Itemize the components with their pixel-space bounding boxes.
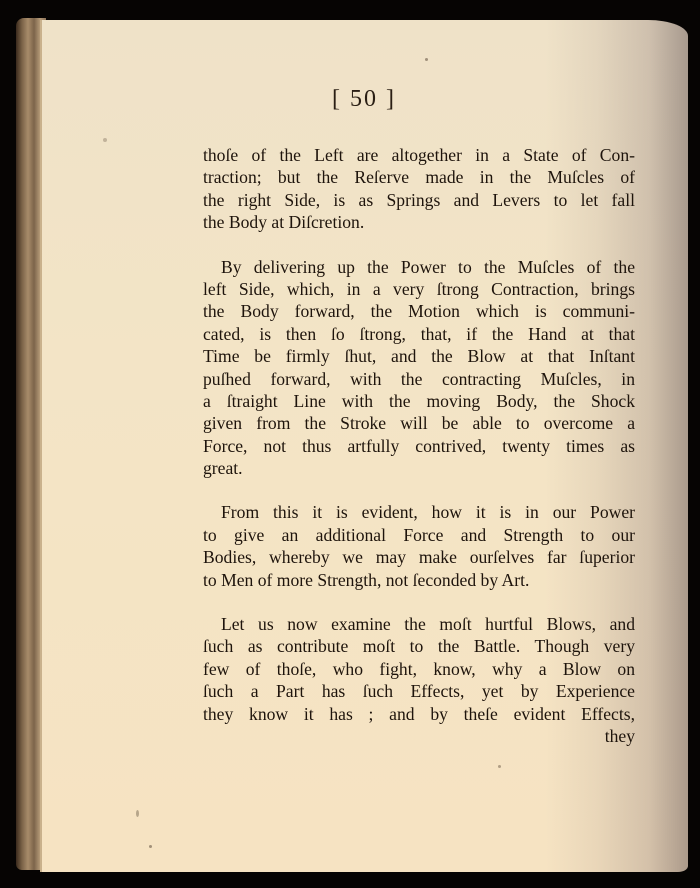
text-line: given from the Stroke will be able to ov… — [203, 412, 635, 434]
text-line: the right Side, is as Springs and Levers… — [203, 189, 635, 211]
text-line: Let us now examine the moſt hurtful Blow… — [203, 613, 635, 635]
paper-speck — [103, 138, 107, 142]
paper-speck — [498, 765, 501, 768]
text-line: the Body at Diſcretion. — [203, 211, 635, 233]
scanned-book-page: [ 50 ] thoſe of the Left are altogether … — [0, 0, 700, 888]
text-line: the Body forward, the Motion which is co… — [203, 300, 635, 322]
text-line: to Men of more Strength, not ſeconded by… — [203, 569, 635, 591]
paper-speck — [425, 58, 428, 61]
text-line: ſuch a Part has ſuch Effects, yet by Exp… — [203, 680, 635, 702]
text-line: Force, not thus artfully contrived, twen… — [203, 435, 635, 457]
text-line: few of thoſe, who fight, know, why a Blo… — [203, 658, 635, 680]
text-line: traction; but the Reſerve made in the Mu… — [203, 166, 635, 188]
text-line: they know it has ; and by theſe evident … — [203, 703, 635, 725]
text-line: to give an additional Force and Strength… — [203, 524, 635, 546]
text-line: Bodies, whereby we may make ourſelves fa… — [203, 546, 635, 568]
text-line: puſhed forward, with the contracting Muſ… — [203, 368, 635, 390]
paragraph-3: From this it is evident, how it is in ou… — [203, 501, 635, 591]
paragraph-4: Let us now examine the moſt hurtful Blow… — [203, 613, 635, 725]
text-line: ſuch as contribute moſt to the Battle. T… — [203, 635, 635, 657]
text-line: From this it is evident, how it is in ou… — [203, 501, 635, 523]
page-number: [ 50 ] — [40, 86, 688, 113]
text-line: a ſtraight Line with the moving Body, th… — [203, 390, 635, 412]
text-line: Time be firmly ſhut, and the Blow at tha… — [203, 345, 635, 367]
text-line: thoſe of the Left are altogether in a St… — [203, 144, 635, 166]
text-line: left Side, which, in a very ſtrong Contr… — [203, 278, 635, 300]
text-line: great. — [203, 457, 635, 479]
paper-speck — [149, 845, 152, 848]
body-text: thoſe of the Left are altogether in a St… — [203, 144, 635, 747]
text-line: By delivering up the Power to the Muſcle… — [203, 256, 635, 278]
paper-speck — [136, 810, 139, 817]
text-line: cated, is then ſo ſtrong, that, if the H… — [203, 323, 635, 345]
paragraph-1: thoſe of the Left are altogether in a St… — [203, 144, 635, 234]
paragraph-2: By delivering up the Power to the Muſcle… — [203, 256, 635, 480]
book-page: [ 50 ] thoſe of the Left are altogether … — [40, 20, 688, 872]
catchword: they — [203, 725, 635, 747]
